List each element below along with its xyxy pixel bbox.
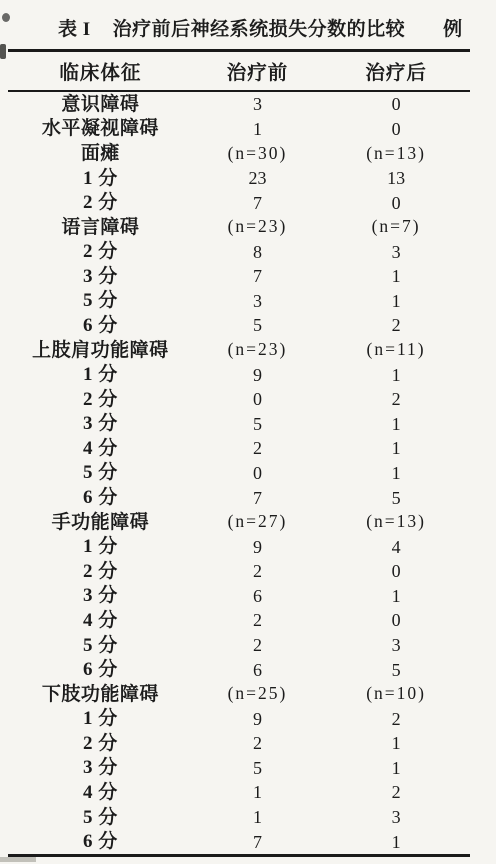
- row-label: 2 分: [8, 239, 193, 264]
- table-row: 水平凝视障碍 1 0: [8, 117, 470, 142]
- row-label: 6 分: [8, 485, 193, 510]
- cell-after: 1: [322, 756, 470, 781]
- cell-before: (n=23): [193, 338, 322, 363]
- cell-after: 0: [322, 91, 470, 117]
- scanned-document-page: 表 I 治疗前后神经系统损失分数的比较 例 临床体征 治疗前 治疗后 意识障碍 …: [0, 0, 496, 864]
- cell-before: 9: [193, 706, 322, 731]
- cell-before: 1: [193, 117, 322, 142]
- cell-after: 0: [322, 608, 470, 633]
- cell-before: 9: [193, 362, 322, 387]
- cell-before: 6: [193, 657, 322, 682]
- cell-after: 2: [322, 780, 470, 805]
- column-header-clinical-sign: 临床体征: [8, 51, 193, 92]
- cell-after: (n=11): [322, 338, 470, 363]
- cell-after: 3: [322, 633, 470, 658]
- cell-before: (n=25): [193, 682, 322, 707]
- table-row: 2 分 2 1: [8, 731, 470, 756]
- cell-after: 1: [322, 289, 470, 314]
- table-row: 5 分 3 1: [8, 289, 470, 314]
- cell-before: 5: [193, 313, 322, 338]
- cell-before: 7: [193, 485, 322, 510]
- cell-after: (n=10): [322, 682, 470, 707]
- row-label: 面瘫: [8, 141, 193, 166]
- cell-before: (n=23): [193, 215, 322, 240]
- cell-after: 1: [322, 584, 470, 609]
- cell-after: 3: [322, 805, 470, 830]
- row-label: 1 分: [8, 534, 193, 559]
- table-row: 2 分 8 3: [8, 239, 470, 264]
- cell-before: 2: [193, 559, 322, 584]
- row-label: 3 分: [8, 412, 193, 437]
- cell-before: 9: [193, 534, 322, 559]
- table-row: 1 分 9 2: [8, 706, 470, 731]
- row-label: 语言障碍: [8, 215, 193, 240]
- row-label: 3 分: [8, 756, 193, 781]
- table-row: 2 分 7 0: [8, 190, 470, 215]
- score-comparison-table: 临床体征 治疗前 治疗后 意识障碍 3 0 水平凝视障碍 1 0 面瘫 (n=3…: [8, 49, 470, 857]
- cell-before: 7: [193, 829, 322, 855]
- row-label: 5 分: [8, 461, 193, 486]
- cell-after: 3: [322, 239, 470, 264]
- cell-before: 2: [193, 436, 322, 461]
- cell-after: 4: [322, 534, 470, 559]
- cell-before: 0: [193, 387, 322, 412]
- column-header-after-treatment: 治疗后: [322, 51, 470, 92]
- cell-before: 3: [193, 91, 322, 117]
- table-row: 6 分 7 1: [8, 829, 470, 855]
- cell-after: 1: [322, 436, 470, 461]
- cell-after: 0: [322, 117, 470, 142]
- cell-before: 2: [193, 608, 322, 633]
- row-label: 1 分: [8, 706, 193, 731]
- table-title-label: 表 I: [58, 17, 91, 42]
- row-label: 5 分: [8, 805, 193, 830]
- table-row: 1 分 23 13: [8, 166, 470, 191]
- header-row: 临床体征 治疗前 治疗后: [8, 51, 470, 92]
- cell-before: 0: [193, 461, 322, 486]
- table-row: 6 分 6 5: [8, 657, 470, 682]
- row-label: 5 分: [8, 289, 193, 314]
- cell-before: (n=30): [193, 141, 322, 166]
- table-row: 下肢功能障碍 (n=25) (n=10): [8, 682, 470, 707]
- row-label: 6 分: [8, 829, 193, 855]
- table-row: 3 分 6 1: [8, 584, 470, 609]
- cell-before: 2: [193, 633, 322, 658]
- cell-before: 5: [193, 756, 322, 781]
- scan-smudge: [0, 44, 6, 59]
- cell-before: 7: [193, 264, 322, 289]
- cell-before: 8: [193, 239, 322, 264]
- row-label: 3 分: [8, 264, 193, 289]
- cell-before: 5: [193, 412, 322, 437]
- table-row: 5 分 0 1: [8, 461, 470, 486]
- scan-smudge: [0, 857, 36, 862]
- cell-after: 0: [322, 559, 470, 584]
- row-label: 手功能障碍: [8, 510, 193, 535]
- table-row: 2 分 2 0: [8, 559, 470, 584]
- row-label: 4 分: [8, 436, 193, 461]
- table-row: 3 分 5 1: [8, 412, 470, 437]
- cell-after: 2: [322, 387, 470, 412]
- cell-after: 1: [322, 829, 470, 855]
- table-row: 4 分 2 0: [8, 608, 470, 633]
- cell-before: (n=27): [193, 510, 322, 535]
- row-label: 下肢功能障碍: [8, 682, 193, 707]
- row-label: 水平凝视障碍: [8, 117, 193, 142]
- cell-after: 0: [322, 190, 470, 215]
- table-title-text: 治疗前后神经系统损失分数的比较: [113, 17, 406, 42]
- cell-after: 1: [322, 264, 470, 289]
- row-label: 上肢肩功能障碍: [8, 338, 193, 363]
- table-row: 5 分 2 3: [8, 633, 470, 658]
- table-row: 意识障碍 3 0: [8, 91, 470, 117]
- cell-after: 1: [322, 412, 470, 437]
- row-label: 4 分: [8, 608, 193, 633]
- cell-after: 5: [322, 485, 470, 510]
- table-row: 3 分 5 1: [8, 756, 470, 781]
- table-header: 临床体征 治疗前 治疗后: [8, 51, 470, 92]
- table-row: 手功能障碍 (n=27) (n=13): [8, 510, 470, 535]
- table-row: 面瘫 (n=30) (n=13): [8, 141, 470, 166]
- row-label: 2 分: [8, 731, 193, 756]
- table-title-unit: 例: [443, 17, 463, 42]
- cell-before: 7: [193, 190, 322, 215]
- cell-after: 1: [322, 461, 470, 486]
- table-row: 2 分 0 2: [8, 387, 470, 412]
- cell-before: 3: [193, 289, 322, 314]
- cell-after: (n=7): [322, 215, 470, 240]
- row-label: 6 分: [8, 657, 193, 682]
- row-label: 4 分: [8, 780, 193, 805]
- scan-smudge: [2, 13, 10, 22]
- cell-after: 2: [322, 313, 470, 338]
- cell-before: 1: [193, 805, 322, 830]
- cell-after: 1: [322, 362, 470, 387]
- table-row: 3 分 7 1: [8, 264, 470, 289]
- row-label: 5 分: [8, 633, 193, 658]
- table-row: 6 分 7 5: [8, 485, 470, 510]
- table-row: 1 分 9 1: [8, 362, 470, 387]
- cell-after: 13: [322, 166, 470, 191]
- row-label: 2 分: [8, 387, 193, 412]
- cell-after: 5: [322, 657, 470, 682]
- row-label: 1 分: [8, 362, 193, 387]
- row-label: 3 分: [8, 584, 193, 609]
- cell-before: 1: [193, 780, 322, 805]
- table-title: 表 I 治疗前后神经系统损失分数的比较 例: [58, 17, 463, 42]
- row-label: 意识障碍: [8, 91, 193, 117]
- table-row: 语言障碍 (n=23) (n=7): [8, 215, 470, 240]
- table-row: 1 分 9 4: [8, 534, 470, 559]
- table-row: 4 分 2 1: [8, 436, 470, 461]
- row-label: 1 分: [8, 166, 193, 191]
- cell-after: 2: [322, 706, 470, 731]
- table-row: 6 分 5 2: [8, 313, 470, 338]
- cell-before: 6: [193, 584, 322, 609]
- row-label: 6 分: [8, 313, 193, 338]
- cell-after: (n=13): [322, 141, 470, 166]
- column-header-before-treatment: 治疗前: [193, 51, 322, 92]
- cell-before: 23: [193, 166, 322, 191]
- table-row: 上肢肩功能障碍 (n=23) (n=11): [8, 338, 470, 363]
- table-body: 意识障碍 3 0 水平凝视障碍 1 0 面瘫 (n=30) (n=13) 1 分…: [8, 91, 470, 855]
- table-row: 4 分 1 2: [8, 780, 470, 805]
- row-label: 2 分: [8, 559, 193, 584]
- cell-before: 2: [193, 731, 322, 756]
- cell-after: 1: [322, 731, 470, 756]
- table-row: 5 分 1 3: [8, 805, 470, 830]
- cell-after: (n=13): [322, 510, 470, 535]
- row-label: 2 分: [8, 190, 193, 215]
